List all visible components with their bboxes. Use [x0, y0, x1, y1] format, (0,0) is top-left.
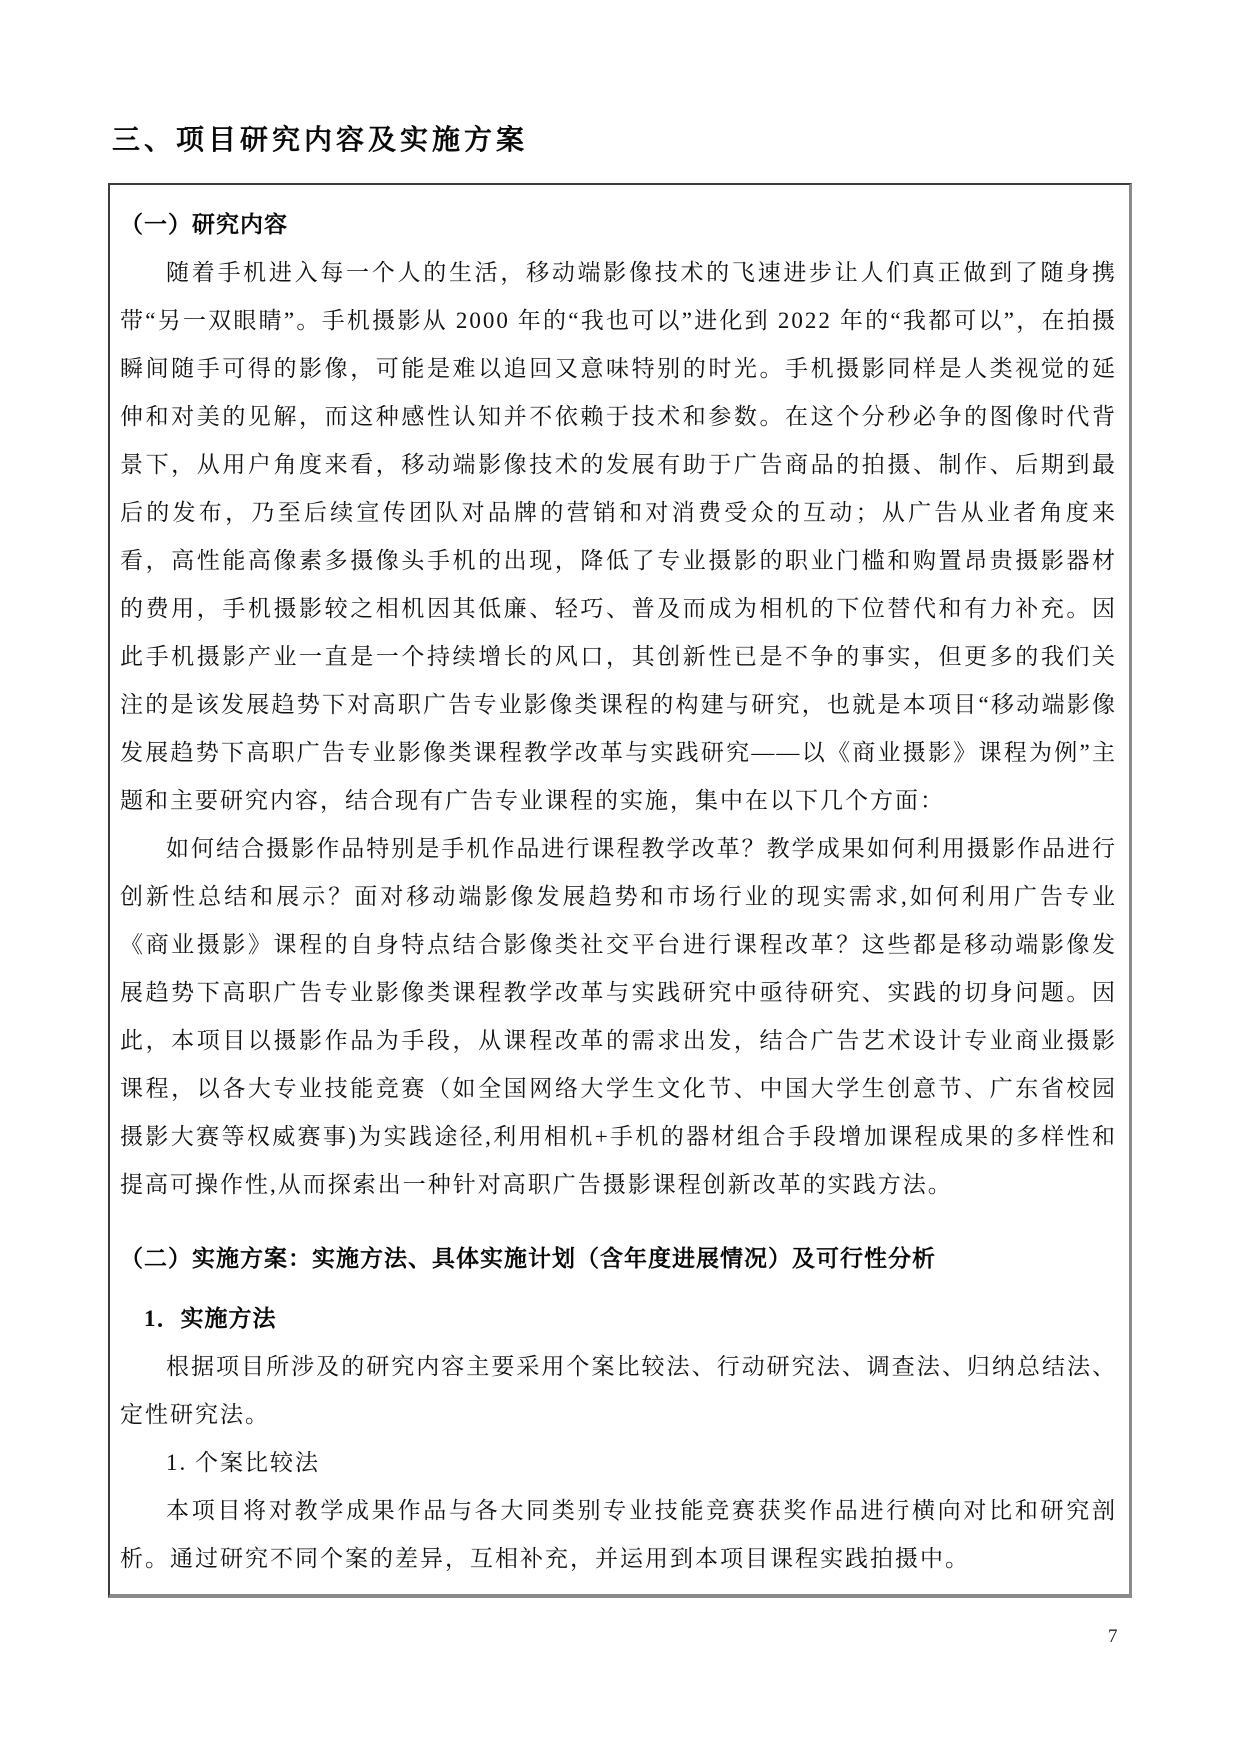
implementation-method-paragraph: 根据项目所涉及的研究内容主要采用个案比较法、行动研究法、调查法、归纳总结法、定性…	[120, 1343, 1117, 1439]
document-page: 三、项目研究内容及实施方案 （一）研究内容 随着手机进入每一个人的生活，移动端影…	[0, 0, 1240, 1753]
page-number: 7	[1108, 1626, 1118, 1648]
case-comparison-subheading: 1. 个案比较法	[120, 1439, 1117, 1487]
research-content-paragraph-2: 如何结合摄影作品特别是手机作品进行课程教学改革？教学成果如何利用摄影作品进行创新…	[120, 825, 1117, 1209]
document-section-title: 三、项目研究内容及实施方案	[112, 118, 528, 158]
implementation-plan-heading: （二）实施方案：实施方法、具体实施计划（含年度进展情况）及可行性分析	[120, 1235, 1117, 1283]
research-content-heading: （一）研究内容	[120, 201, 1117, 249]
content-box: （一）研究内容 随着手机进入每一个人的生活，移动端影像技术的飞速进步让人们真正做…	[108, 183, 1132, 1598]
implementation-method-subheading: 1．实施方法	[144, 1295, 1117, 1343]
research-content-paragraph-1: 随着手机进入每一个人的生活，移动端影像技术的飞速进步让人们真正做到了随身携带“另…	[120, 249, 1117, 825]
case-comparison-paragraph: 本项目将对教学成果作品与各大同类别专业技能竞赛获奖作品进行横向对比和研究剖析。通…	[120, 1487, 1117, 1583]
